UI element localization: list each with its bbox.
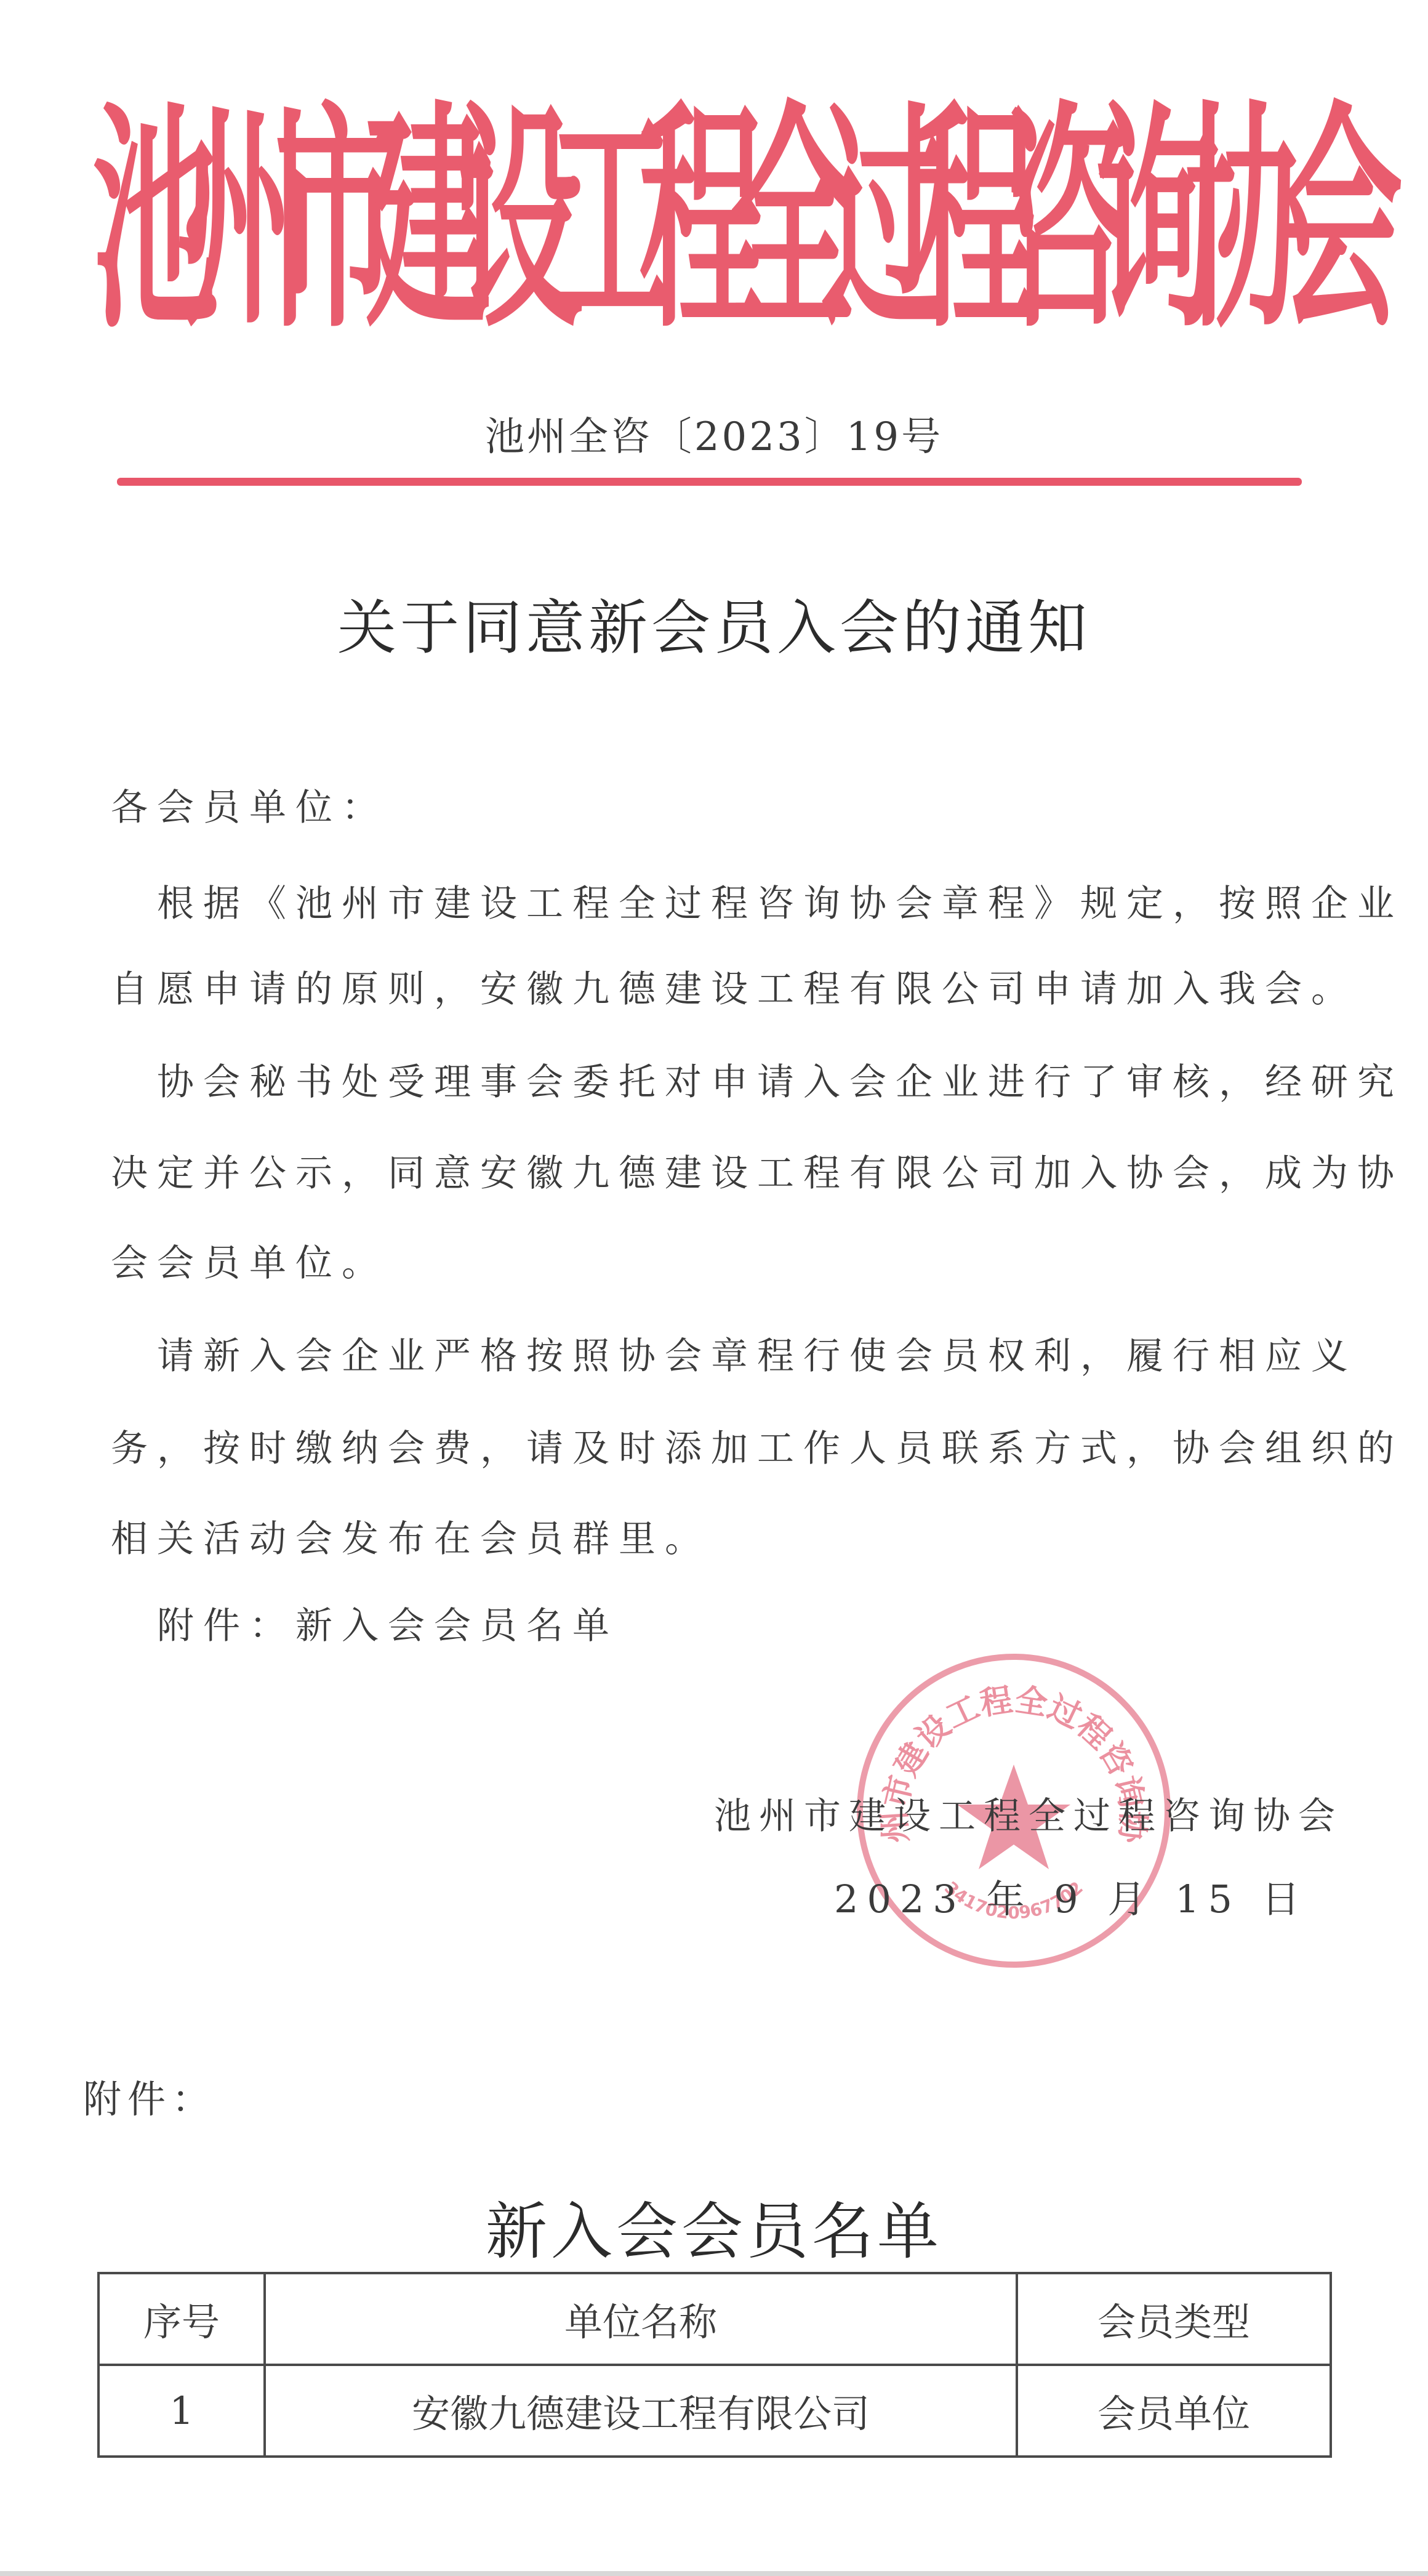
signature-org: 池州市建设工程全过程咨询协会: [714, 1792, 1323, 1841]
cell-unit-name: 安徽九德建设工程有限公司: [265, 2365, 1017, 2457]
masthead-char: 设: [457, 0, 548, 467]
masthead-char: 程: [639, 0, 730, 467]
masthead-char: 工: [548, 0, 639, 467]
red-divider: [117, 478, 1302, 486]
masthead-char: 会: [1277, 0, 1368, 467]
body-line: 请新入会企业严格按照协会章程行使会员权利，履行相应义: [111, 1332, 1320, 1381]
masthead-char: 询: [1094, 0, 1185, 467]
body-line: 根据《池州市建设工程全过程咨询协会章程》规定，按照企业: [111, 879, 1320, 928]
body-line: 会会员单位。: [111, 1239, 1320, 1288]
attachment-label: 附件：: [83, 2075, 216, 2124]
masthead-char: 池: [92, 0, 183, 467]
body-line: 自愿申请的原则，安徽九德建设工程有限公司申请加入我会。: [111, 965, 1320, 1014]
cell-member-type: 会员单位: [1017, 2365, 1331, 2457]
table-header-row: 序号 单位名称 会员类型: [98, 2273, 1331, 2365]
masthead-char: 过: [821, 0, 912, 467]
member-list-title: 新入会会员名单: [0, 2192, 1428, 2272]
masthead-char: 州: [183, 0, 275, 467]
notice-title: 关于同意新会员入会的通知: [0, 588, 1428, 668]
cell-serial: 1: [98, 2365, 265, 2457]
signature-date: 2023 年 9 月 15 日: [834, 1875, 1309, 1924]
org-masthead: 池 州 市 建 设 工 程 全 过 程 咨 询 协 会: [92, 92, 1336, 351]
member-table: 序号 单位名称 会员类型 1 安徽九德建设工程有限公司 会员单位: [97, 2272, 1332, 2458]
header-serial: 序号: [98, 2273, 265, 2365]
body-line: 务，按时缴纳会费，请及时添加工作人员联系方式，协会组织的: [111, 1424, 1320, 1473]
body-line: 决定并公示，同意安徽九德建设工程有限公司加入协会，成为协: [111, 1149, 1320, 1198]
header-member-type: 会员类型: [1017, 2273, 1331, 2365]
document-number: 池州全咨〔2023〕19号: [0, 409, 1428, 465]
body-line: 协会秘书处受理事会委托对申请入会企业进行了审核，经研究: [111, 1058, 1320, 1107]
masthead-char: 建: [366, 0, 457, 467]
masthead-char: 协: [1185, 0, 1277, 467]
masthead-char: 咨: [1003, 0, 1094, 467]
attachment-note: 附件：新入会会员名单: [111, 1601, 1320, 1651]
body-line: 相关活动会发布在会员群里。: [111, 1515, 1320, 1564]
masthead-char: 全: [730, 0, 821, 467]
salutation: 各会员单位：: [111, 783, 1320, 832]
header-unit-name: 单位名称: [265, 2273, 1017, 2365]
masthead-char: 程: [912, 0, 1003, 467]
masthead-char: 市: [275, 0, 366, 467]
table-row: 1 安徽九德建设工程有限公司 会员单位: [98, 2365, 1331, 2457]
page-edge: [0, 2571, 1428, 2576]
